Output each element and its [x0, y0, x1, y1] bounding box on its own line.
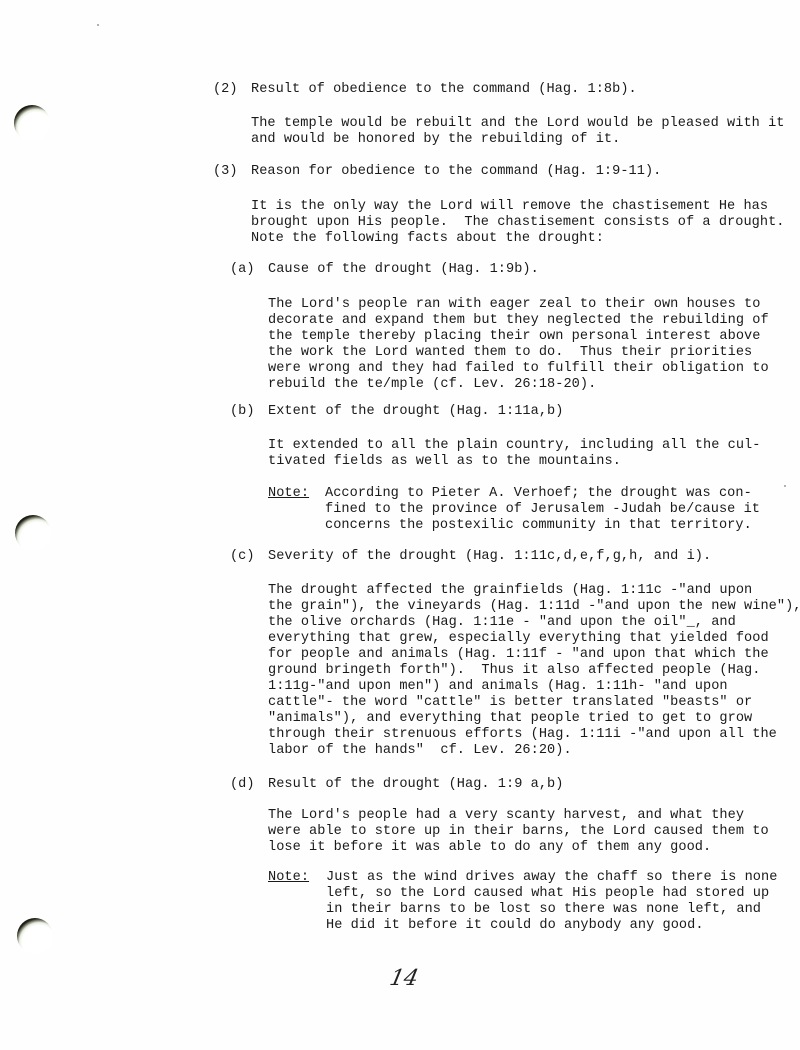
item-heading: Reason for obedience to the command (Hag… — [251, 164, 661, 180]
body-line: labor of the hands" cf. Lev. 26:20). — [268, 743, 572, 759]
subitem-heading: Cause of the drought (Hag. 1:9b). — [268, 262, 539, 278]
body-line: cattle"- the word "cattle" is better tra… — [268, 695, 752, 711]
body-line: through their strenuous efforts (Hag. 1:… — [268, 727, 777, 743]
subitem-heading: Result of the drought (Hag. 1:9 a,b) — [268, 777, 563, 793]
note-line: left, so the Lord caused what His people… — [326, 886, 769, 902]
subitem-marker: (b) — [230, 404, 254, 420]
note-line: According to Pieter A. Verhoef; the drou… — [325, 486, 752, 502]
body-line: 1:11g-"and upon men") and animals (Hag. … — [268, 679, 728, 695]
body-line: for people and animals (Hag. 1:11f - "an… — [268, 647, 769, 663]
document-page: (2) Result of obedience to the command (… — [0, 0, 800, 1050]
scan-speck — [97, 24, 99, 26]
body-line: It extended to all the plain country, in… — [268, 438, 760, 454]
body-line: decorate and expand them but they neglec… — [268, 313, 769, 329]
body-line: were wrong and they had failed to fulfil… — [268, 361, 769, 377]
subitem-marker: (c) — [230, 549, 254, 565]
binder-hole-icon — [14, 105, 50, 141]
page-number: 14 — [387, 966, 420, 991]
body-line: ground bringeth forth"). Thus it also af… — [268, 663, 760, 679]
body-line: It is the only way the Lord will remove … — [251, 199, 768, 215]
note-line: fined to the province of Jerusalem -Juda… — [325, 502, 760, 518]
subitem-heading: Extent of the drought (Hag. 1:11a,b) — [268, 404, 563, 420]
item-heading: Result of obedience to the command (Hag.… — [251, 82, 637, 98]
note-line: He did it before it could do anybody any… — [326, 918, 704, 934]
note-line: concerns the postexilic community in tha… — [325, 518, 752, 534]
body-line: tivated fields as well as to the mountai… — [268, 454, 621, 470]
body-line: The temple would be rebuilt and the Lord… — [251, 116, 785, 132]
item-marker: (3) — [213, 164, 237, 180]
body-line: everything that grew, especially everyth… — [268, 631, 769, 647]
note-line: Just as the wind drives away the chaff s… — [326, 870, 777, 886]
body-line: were able to store up in their barns, th… — [268, 824, 769, 840]
item-marker: (2) — [213, 82, 237, 98]
binder-hole-icon — [17, 918, 53, 954]
subitem-marker: (d) — [230, 777, 254, 793]
body-line: brought upon His people. The chastisemen… — [251, 215, 785, 231]
note-line: in their barns to be lost so there was n… — [326, 902, 761, 918]
body-line: lose it before it was able to do any of … — [268, 840, 711, 856]
body-line: The Lord's people ran with eager zeal to… — [268, 297, 760, 313]
body-line: rebuild the te/mple (cf. Lev. 26:18-20). — [268, 377, 596, 393]
body-line: "animals"), and everything that people t… — [268, 711, 752, 727]
body-line: Note the following facts about the droug… — [251, 231, 604, 247]
subitem-heading: Severity of the drought (Hag. 1:11c,d,e,… — [268, 549, 711, 565]
note-label: Note: — [268, 486, 309, 502]
body-line: the olive orchards (Hag. 1:11e - "and up… — [268, 615, 736, 631]
body-line: and would be honored by the rebuilding o… — [251, 132, 620, 148]
scan-speck — [784, 485, 786, 487]
body-line: the temple thereby placing their own per… — [268, 329, 760, 345]
body-line: The drought affected the grainfields (Ha… — [268, 583, 752, 599]
body-line: the grain"), the vineyards (Hag. 1:11d -… — [268, 599, 800, 615]
body-line: The Lord's people had a very scanty harv… — [268, 808, 744, 824]
body-line: the work the Lord wanted them to do. Thu… — [268, 345, 752, 361]
subitem-marker: (a) — [230, 262, 254, 278]
binder-hole-icon — [15, 515, 51, 551]
note-label: Note: — [268, 870, 309, 886]
